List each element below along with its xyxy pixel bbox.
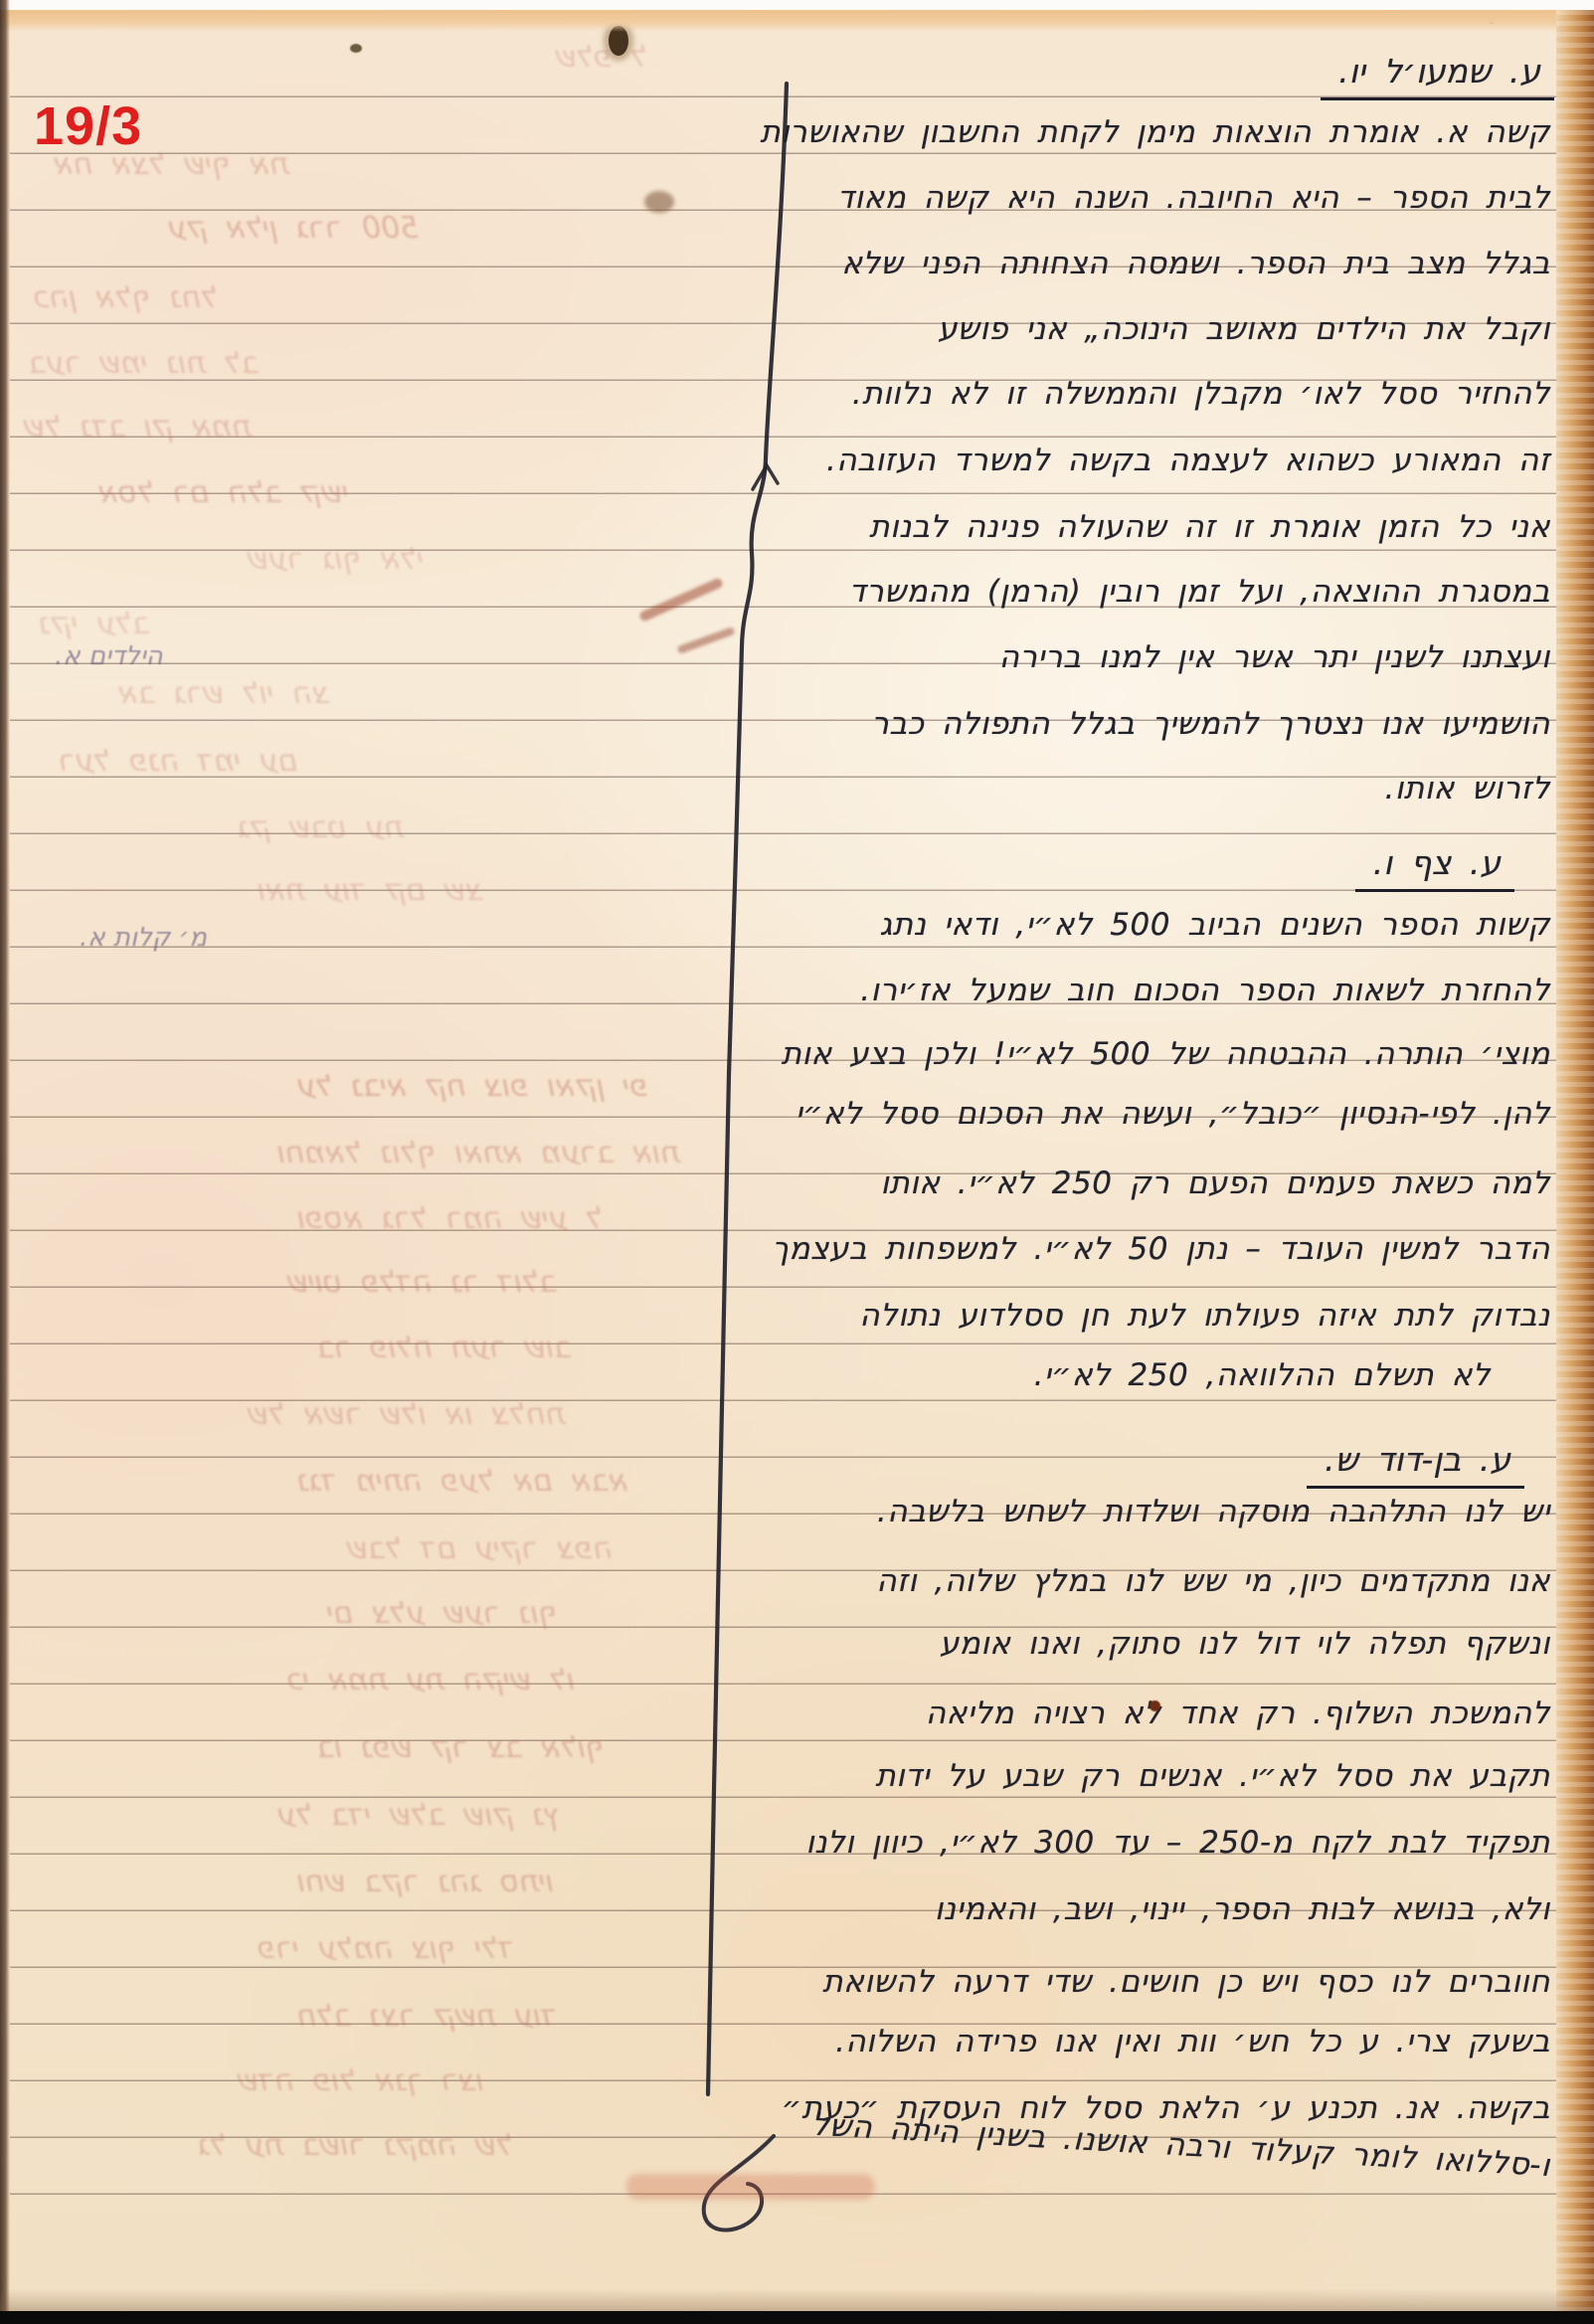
handwriting-line: הדבר למשין העובד – נתן 50 לא״י. למשפחות … <box>772 1231 1550 1267</box>
section-header: ע. בן-דוד ש. <box>1307 1440 1524 1489</box>
handwriting-line: להחזיר ססל לאו׳ מקבלן והממשלה זו לא נלוו… <box>852 376 1550 412</box>
handwriting-line: להמשכת השלוף. רק אחד לא רצויה מליאה <box>926 1696 1550 1731</box>
bleed-through-line: וחמאל נולף ואתא מערב אות <box>278 1136 681 1170</box>
bleed-through-line: בו נפש קר צב אלוף <box>318 1730 607 1765</box>
handwriting-line: להן. לפי-הנסיון ״כובל״, ועשה את הסכום סס… <box>796 1096 1550 1132</box>
handwriting-line: ונשקף תפלה לוי דול לנו סתוק, ואנו אומע <box>940 1626 1550 1662</box>
handwriting-line: יש לנו התלהבה מוסקה ושלדות לשחש בלשבה. <box>877 1494 1550 1529</box>
bleed-through-line: עק אלין גרר 500 <box>169 211 419 246</box>
page-bottom-shadow <box>0 2289 1594 2311</box>
handwriting-line: נבדוק לתת איזה פעולתו לעת חן ססלדוע נתול… <box>859 1298 1550 1334</box>
paper-speck <box>350 44 362 53</box>
margin-note: הילדים א. <box>55 641 163 671</box>
scan-left-edge <box>0 0 10 2324</box>
handwriting-line: מוצי׳ הותרה. ההבטחה של 500 לא״י! ולכן בצ… <box>782 1036 1550 1072</box>
bleed-through-line: שדה פול אנך רצו <box>239 2063 485 2098</box>
scan-bottom-edge <box>0 2311 1594 2324</box>
bleed-through-line: של אשר שלו או צלחת <box>249 1397 567 1432</box>
bleed-through-line: אב גרש לוי הצ <box>119 676 331 711</box>
bleed-through-line: פרי עלמה צוף ילד <box>259 1931 516 1966</box>
handwriting-line: למה כשאת פעמים הפעם רק 250 לא״י. אותו <box>880 1165 1550 1201</box>
handwriting-line: אני כל הזמן אומרת זו זה שהעולה פנינה לבנ… <box>869 509 1550 545</box>
bleed-through-line: כי אמת עת הקיש לו <box>288 1663 576 1698</box>
brown-dot-stain <box>1150 1700 1160 1711</box>
bleed-through-line: נגד מיתה פעל אם אבא <box>298 1464 629 1499</box>
bleed-through-line: בר פולח תער שוב <box>318 1331 573 1365</box>
handwriting-line: בגלל מצב בית הספר. ושמסה הצחותה הפני שלא <box>841 246 1550 281</box>
handwriting-line: הושמיעו אנו נצטרך להמשיך בגלל התפולה כבר <box>871 706 1550 742</box>
bleed-through-line: רעל פנה דמי עם <box>60 744 299 779</box>
handwriting-line: זה המאורע כשהוא לעצמה בקשה למשרד העזובה. <box>826 443 1550 478</box>
section-header: ע. צף ו. <box>1355 843 1514 892</box>
bleed-through-line: שיוט פלדה נר דולב <box>288 1265 558 1300</box>
margin-note: מ׳ קלות א. <box>80 923 207 953</box>
bleed-through-line: אסל רם הלב קשי <box>99 475 350 510</box>
scan-top-edge <box>0 0 1594 10</box>
bleed-through-line: על נביא קח צופ ואקן יפ <box>298 1069 649 1104</box>
handwriting-line: ולא, בנושא לבות הספר, יינוי, ושב, והאמינ… <box>935 1891 1550 1927</box>
handwriting-line: קשות הספר השנים הביוב 500 לא״י, ודאי נתג <box>880 907 1550 943</box>
page-top-edge <box>0 10 1594 32</box>
bleed-through-line: שלפ ל <box>557 40 649 75</box>
scanned-notebook-page: שלפ לאח אצל שיף אתעק אלין גרר 500כהן אלף… <box>0 0 1594 2324</box>
bleed-through-line: וחש בקר נהג סתיו <box>298 1865 555 1899</box>
bleed-through-line: ואת עוד קם שצ <box>259 873 484 908</box>
bleed-through-line: נקי עלב <box>40 607 151 641</box>
bleed-through-line: חלב נצר קשת עוד <box>298 1999 559 2034</box>
bleed-through-line: ופסא גרל רמה שיע ל <box>298 1201 605 1236</box>
bleed-through-line: שבל דם עיקר צפה <box>348 1531 614 1566</box>
bleed-through-line: גל עת בשור נקמה של <box>199 2128 514 2163</box>
bleed-through-line: שער גוף אלי <box>249 542 426 577</box>
handwriting-line: לא תשלם ההלוואה, 250 לא״י. <box>1034 1357 1491 1393</box>
section-header: ע. שמעו׳ל יו. <box>1321 52 1554 100</box>
handwriting-line: להחזרת לשאות הספר הסכום חוב שמעל אז׳ירו. <box>860 973 1550 1008</box>
bleed-through-line: בער שמי נות לב <box>30 346 260 381</box>
red-smudge-stain <box>626 2174 875 2200</box>
bleed-through-line: ים צלע שער נוף <box>328 1596 559 1631</box>
handwriting-line: אנו מתקדמים כיון, מי שש לנו במלץ שלוה, ו… <box>876 1563 1550 1599</box>
handwriting-line: בשעק צרי. ע כל חש׳ וות ואין אנו פרידה הש… <box>835 2024 1550 2059</box>
page-binding-edge <box>1556 10 1594 2312</box>
page-number-label: 19/3 <box>34 99 142 153</box>
smudge-stain <box>644 191 674 213</box>
handwriting-line: לזרוש אותו. <box>1385 771 1550 806</box>
handwriting-line: ועצתנו לשנין יתר אשר אין למנו ברירה <box>999 639 1550 675</box>
handwriting-line: וקבל את הילדים מאושב הינוכה„ אני פושע <box>938 311 1550 347</box>
bleed-through-line: כהן אלף נחל <box>35 280 220 315</box>
handwriting-line: קשה א. אומרת הוצאות מימן לקחת החשבון שהא… <box>760 114 1550 150</box>
bleed-through-line: גק שבט עת <box>239 810 405 845</box>
handwriting-line: תקבע את ססל לא״י. אנשים רק שבע על ידות <box>875 1758 1550 1794</box>
bleed-through-line: על בדי שלב שוק נץ <box>278 1798 562 1833</box>
handwriting-line: חווברים לנו כסף ויש כן חושים. שדי דרעה ל… <box>822 1964 1550 2000</box>
handwriting-line: לבית הספר – היא החיובה. השנה היא קשה מאו… <box>837 180 1550 216</box>
handwriting-line: במסגרת ההוצאה, ועל זמן רובין (הרמן) מהמש… <box>849 574 1550 610</box>
handwriting-line: תפקיד לבת לקח מ-250 – עד 300 לא״י, כיוון… <box>805 1825 1550 1861</box>
bleed-through-line: של נדב וק אמת <box>25 410 253 445</box>
